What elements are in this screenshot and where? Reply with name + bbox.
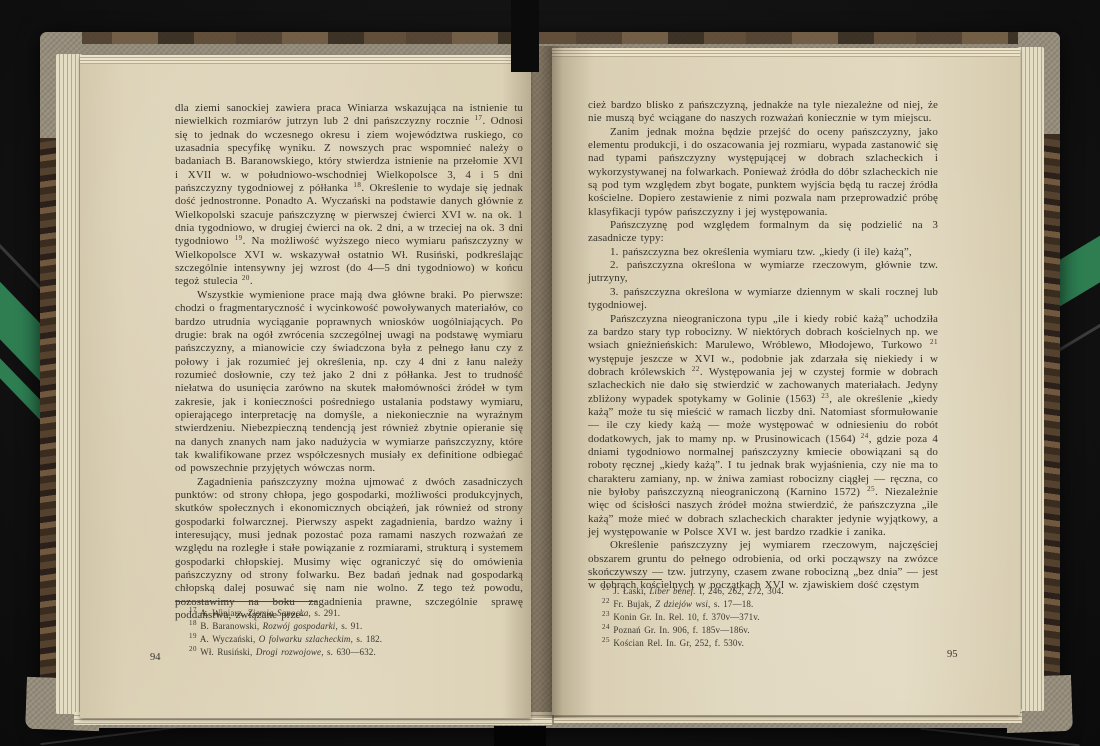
- paragraph: 3. pańszczyzna określona w wymiarze dzie…: [588, 286, 938, 313]
- footnote: 24 Poznań Gr. In. 906, f. 185v—186v.: [588, 624, 938, 637]
- footnote: 18 B. Baranowski, Rozwój gospodarki, s. …: [175, 620, 523, 633]
- footnote: 23 Konin Gr. In. Rel. 10, f. 370v—371v.: [588, 611, 938, 624]
- left-page: dla ziemi sanockiej zawiera praca Winiar…: [80, 55, 531, 718]
- right-page-number: 95: [947, 649, 958, 660]
- right-page: cież bardzo blisko z pańszczyzną, jednak…: [552, 48, 1020, 715]
- left-page-text-column: dla ziemi sanockiej zawiera praca Winiar…: [175, 102, 523, 622]
- right-footnote-rule: [588, 579, 662, 580]
- footnote: 25 Kościan Rel. In. Gr, 252, f. 530v.: [588, 637, 938, 650]
- left-footnote-rule: [175, 601, 317, 602]
- left-page-number: 94: [150, 652, 161, 663]
- paragraph: 2. pańszczyzna określona w wymiarze rzec…: [588, 259, 938, 286]
- book-top-cover-edge: [66, 32, 1034, 44]
- footnote: 17 A. Winiarz, Ziemia Sanocka, s. 291.: [175, 607, 523, 620]
- footnote: 19 A. Wyczański, O folwarku szlacheckim,…: [175, 633, 523, 646]
- paragraph: Zanim jednak można będzie przejść do oce…: [588, 126, 938, 219]
- cradle-bar-bottom: [494, 726, 546, 746]
- open-book: dla ziemi sanockiej zawiera praca Winiar…: [40, 32, 1060, 728]
- paragraph: Pańszczyzna nieograniczona typu „ile i k…: [588, 313, 938, 540]
- paragraph: cież bardzo blisko z pańszczyzną, jednak…: [588, 99, 938, 126]
- book-photo-scene: dla ziemi sanockiej zawiera praca Winiar…: [0, 0, 1100, 746]
- footnote: 21 J. Łaski, Liber benef. I, 246, 262, 2…: [588, 585, 938, 598]
- page-edges-right: [1018, 47, 1044, 711]
- left-page-footnotes: 17 A. Winiarz, Ziemia Sanocka, s. 291.18…: [175, 607, 523, 659]
- right-page-text-column: cież bardzo blisko z pańszczyzną, jednak…: [588, 99, 938, 593]
- spine-notch-shadow: [511, 0, 539, 72]
- page-edges-left: [56, 54, 82, 714]
- footnote: 20 Wł. Rusiński, Drogi rozwojowe, s. 630…: [175, 646, 523, 659]
- paragraph: dla ziemi sanockiej zawiera praca Winiar…: [175, 102, 523, 289]
- footnote: 22 Fr. Bujak, Z dziejów wsi, s. 17—18.: [588, 598, 938, 611]
- right-page-footnotes: 21 J. Łaski, Liber benef. I, 246, 262, 2…: [588, 585, 938, 650]
- paragraph: Wszystkie wymienione prace mają dwa głów…: [175, 289, 523, 476]
- paragraph: 1. pańszczyzna bez określenia wymiaru tz…: [588, 246, 938, 259]
- paragraph: Pańszczyznę pod względem formalnym da si…: [588, 219, 938, 246]
